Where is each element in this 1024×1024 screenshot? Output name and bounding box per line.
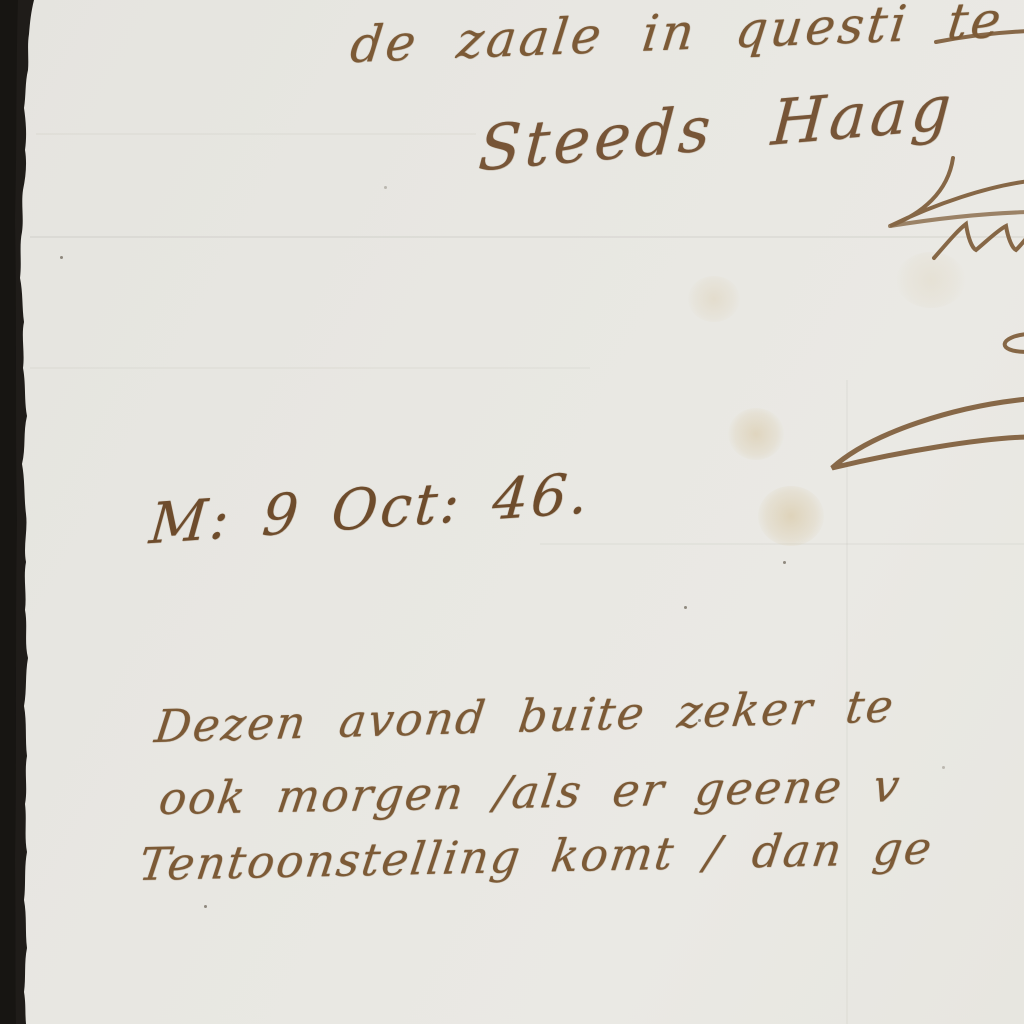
fold-crease (36, 133, 476, 135)
handwriting-text: ook morgen /als er geene v (156, 759, 905, 825)
handwriting-line-body-2: ook morgen /als er geene v (159, 759, 901, 825)
letter-scan-page: de zaale in questi te Steeds Haag M: 9 O… (0, 0, 1024, 1024)
paper-stain (728, 408, 784, 460)
handwriting-line-closing-2: Steeds Haag (476, 71, 958, 185)
handwriting-text: M: 9 Oct: 46. (147, 461, 594, 557)
fold-crease (30, 236, 1024, 238)
handwriting-line-body-1: Dezen avond buite zeker te (155, 679, 896, 753)
paper-speck (942, 766, 945, 769)
paper-stain (758, 486, 824, 546)
fold-crease (30, 367, 590, 369)
paper-speck (60, 256, 63, 259)
handwriting-text: Steeds Haag (476, 70, 957, 185)
fold-crease (540, 543, 1024, 545)
paper-speck (684, 606, 687, 609)
handwriting-line-date: M: 9 Oct: 46. (147, 461, 592, 557)
paper-stain (896, 252, 966, 308)
paper-speck (204, 905, 207, 908)
paper-stain (688, 276, 740, 322)
handwriting-text: Tentoonstelling komt / dan ge (136, 821, 937, 891)
handwriting-text: de zaale in questi te (347, 0, 1007, 74)
scan-edge (0, 0, 60, 1024)
handwriting-line-closing-1: de zaale in questi te (350, 0, 1005, 74)
paper-speck (783, 561, 786, 564)
handwriting-line-body-3: Tentoonstelling komt / dan ge (139, 821, 934, 891)
paper-speck (384, 186, 387, 189)
handwriting-text: Dezen avond buite zeker te (152, 679, 898, 753)
